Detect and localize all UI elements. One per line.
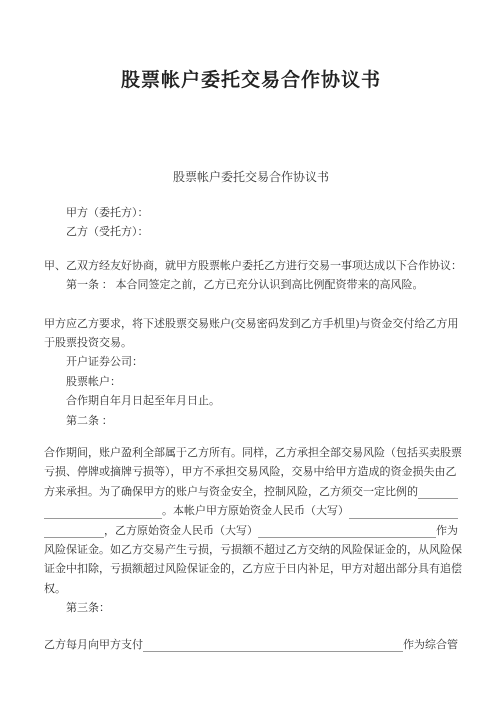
article-1-line: 第一条 ： 本合同签定之前，乙方已充分认识到高比例配资带来的高风险。 xyxy=(44,276,458,295)
risk-para-line-5-text: ，乙方原始资金人民币（大写） xyxy=(104,522,258,541)
blank-monthly-fee xyxy=(143,650,403,652)
risk-para-line-8: 权。 xyxy=(44,580,458,599)
article-3-line: 第三条： xyxy=(44,599,458,618)
risk-para-line-3: 方来承担。为了确保甲方的账户与资金安全，控制风险，乙方须交一定比例的 xyxy=(44,483,458,502)
risk-para-line-2: 亏损、停牌或摘牌亏损等），甲方不承担交易风险，交易中给甲方造成的资金损失由乙 xyxy=(44,463,458,482)
risk-para-line-4: 。本帐户甲方原始资金人民币（大写） xyxy=(44,502,458,521)
intro-block: 甲、乙双方经友好协商，就甲方股票帐户委托乙方进行交易一事项达成以下合作协议： 第… xyxy=(44,257,458,296)
fee-line: 乙方每月向甲方支付 作为综合管 xyxy=(44,636,458,655)
blank-party-a-capital xyxy=(349,517,458,519)
risk-para-line-1: 合作期间，账户盈利全部属于乙方所有。同样，乙方承担全部交易风险（包括买卖股票 xyxy=(44,444,458,463)
risk-para-line-4-text: 。本帐户甲方原始资金人民币（大写） xyxy=(162,502,349,521)
document-subtitle: 股票帐户委托交易合作协议书 xyxy=(44,170,458,184)
intro-paragraph: 甲、乙双方经友好协商，就甲方股票帐户委托乙方进行交易一事项达成以下合作协议： xyxy=(44,257,458,276)
parties-block: 甲方（委托方）： 乙方（受托方）： xyxy=(44,204,458,243)
account-para-line-1: 甲方应乙方要求，将下述股票交易账户(交易密码发到乙方手机里)与资金交付给乙方用 xyxy=(44,315,458,334)
document-page: 股票帐户委托交易合作协议书 股票帐户委托交易合作协议书 甲方（委托方）： 乙方（… xyxy=(0,0,500,708)
account-block: 甲方应乙方要求，将下述股票交易账户(交易密码发到乙方手机里)与资金交付给乙方用 … xyxy=(44,315,458,431)
cooperation-period-line: 合作期自年月日起至年月日止。 xyxy=(44,392,458,411)
stock-account-label-line: 股票帐户： xyxy=(44,373,458,392)
fee-block: 乙方每月向甲方支付 作为综合管 xyxy=(44,636,458,655)
document-title: 股票帐户委托交易合作协议书 xyxy=(44,68,458,94)
risk-block: 合作期间，账户盈利全部属于乙方所有。同样，乙方承担全部交易风险（包括买卖股票 亏… xyxy=(44,444,458,619)
party-a-line: 甲方（委托方）： xyxy=(44,204,458,223)
document-content: 股票帐户委托交易合作协议书 股票帐户委托交易合作协议书 甲方（委托方）： 乙方（… xyxy=(0,0,500,655)
blank-party-b-capital xyxy=(258,536,436,538)
risk-para-line-3-text: 方来承担。为了确保甲方的账户与资金安全，控制风险，乙方须交一定比例的 xyxy=(44,483,418,502)
risk-para-line-5-tail: 作为 xyxy=(436,522,458,541)
risk-para-line-7: 证金中扣除，亏损额超过风险保证金的，乙方应于日内补足，甲方对超出部分具有追偿 xyxy=(44,560,458,579)
fee-line-lead: 乙方每月向甲方支付 xyxy=(44,636,143,655)
risk-para-line-6: 风险保证金。如乙方交易产生亏损，亏损额不超过乙方交纳的风险保证金的，从风险保 xyxy=(44,541,458,560)
blank-party-a-capital-continued xyxy=(44,536,104,538)
article-2-line: 第二条 ： xyxy=(44,412,458,431)
blank-deposit-ratio-continued xyxy=(44,517,162,519)
fee-line-tail: 作为综合管 xyxy=(403,636,458,655)
risk-para-line-5: ，乙方原始资金人民币（大写） 作为 xyxy=(44,522,458,541)
account-para-line-2: 于股票投资交易。 xyxy=(44,334,458,353)
party-b-line: 乙方（受托方）： xyxy=(44,223,458,242)
broker-label-line: 开户证券公司： xyxy=(44,353,458,372)
blank-deposit-ratio xyxy=(418,497,458,499)
